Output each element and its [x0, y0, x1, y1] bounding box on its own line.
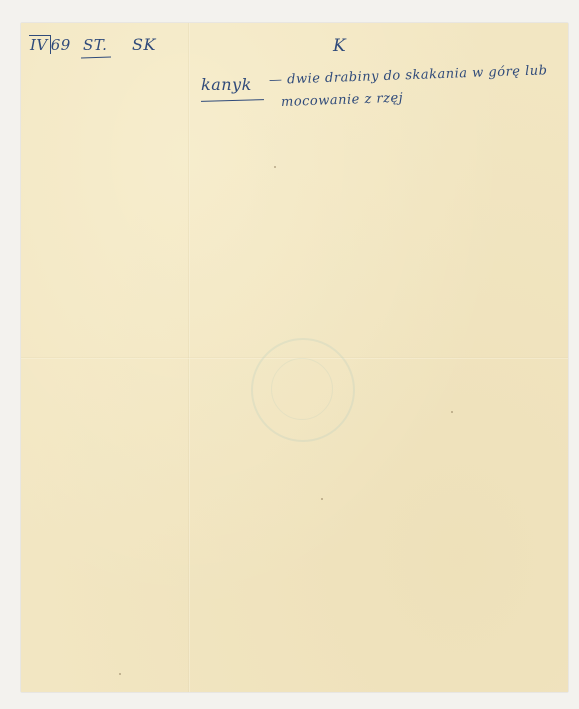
volume-number: IV [29, 35, 51, 54]
faint-stamp [251, 338, 355, 442]
definition-text-1: dwie drabiny do skakania w górę lub [287, 63, 548, 87]
label-st: ST. [83, 36, 107, 54]
paper-speck [451, 411, 453, 413]
volume-marker: IV69 [29, 36, 71, 54]
definition-line-1: — dwie drabiny do skakania w górę lub [269, 63, 548, 88]
label-sk: SK [132, 35, 156, 54]
headword-text: kanyk [201, 75, 252, 94]
paper-speck [274, 166, 276, 168]
document-page: IV69 ST. SK K kanyk — dwie drabiny do sk… [21, 23, 568, 692]
section-letter: K [333, 36, 346, 56]
definition-line-2: mocowanie z rzęj [281, 91, 404, 110]
stamp-inner-ring [271, 358, 333, 420]
entry-number: 69 [51, 36, 71, 54]
paper-speck [321, 498, 323, 500]
dash: — [269, 73, 283, 88]
headword: kanyk [201, 75, 252, 94]
paper-speck [119, 673, 121, 675]
